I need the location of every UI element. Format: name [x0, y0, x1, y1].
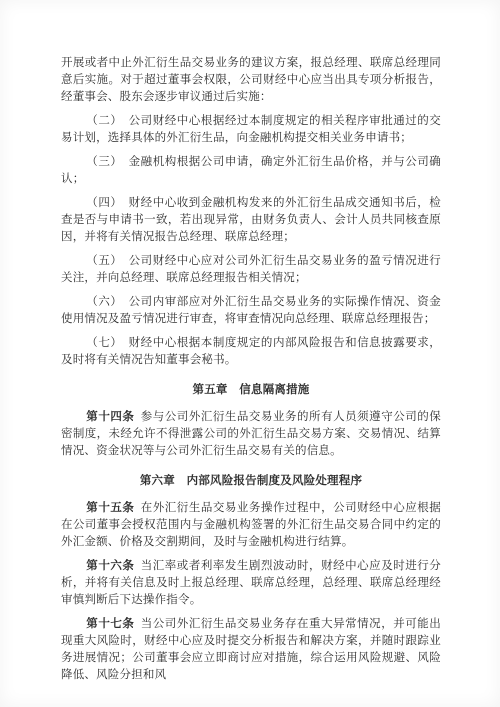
paragraph-text: （二） 公司财经中心根据经过本制度规定的相关程序审批通过的交易计划，选择具体的外… [61, 115, 441, 144]
paragraph-text: （五） 公司财经中心应对公司外汇衍生品交易业务的盈亏情况进行关注，并向总经理、联… [61, 255, 441, 284]
paragraph-continuation: 开展或者中止外汇衍生品交易业务的建议方案，报总经理、联席总经理同意后实施。对于超… [61, 55, 441, 106]
article-number: 第十七条 [86, 618, 134, 630]
chapter-heading-6: 第六章 内部风险报告制度及风险处理程序 [61, 473, 441, 490]
list-item-5: （五） 公司财经中心应对公司外汇衍生品交易业务的盈亏情况进行关注，并向总经理、联… [61, 253, 441, 287]
paragraph-text: （三） 金融机构根据公司申请，确定外汇衍生品价格，并与公司确认； [61, 156, 441, 185]
list-item-4: （四） 财经中心收到金融机构发来的外汇衍生品成交通知书后，检查是否与申请书一致，… [61, 195, 441, 246]
paragraph-text: （四） 财经中心收到金融机构发来的外汇衍生品成交通知书后，检查是否与申请书一致，… [61, 197, 441, 243]
document-page: 开展或者中止外汇衍生品交易业务的建议方案，报总经理、联席总经理同意后实施。对于超… [0, 0, 500, 707]
paragraph-text: （七） 财经中心根据本制度规定的内部风险报告和信息披露要求，及时将有关情况告知董… [61, 337, 441, 366]
chapter-heading-5: 第五章 信息隔离措施 [61, 382, 441, 399]
list-item-7: （七） 财经中心根据本制度规定的内部风险报告和信息披露要求，及时将有关情况告知董… [61, 335, 441, 369]
article-paragraph-15: 第十五条在外汇衍生品交易业务操作过程中，公司财经中心应根据在公司董事会授权范围内… [61, 500, 441, 551]
article-paragraph-17: 第十七条当公司外汇衍生品交易业务存在重大异常情况，并可能出现重大风险时，财经中心… [61, 616, 441, 684]
paragraph-text: （六） 公司内审部应对外汇衍生品交易业务的实际操作情况、资金使用情况及盈亏情况进… [61, 296, 441, 325]
paragraph-text: 开展或者中止外汇衍生品交易业务的建议方案，报总经理、联席总经理同意后实施。对于超… [61, 57, 441, 103]
article-paragraph-14: 第十四条参与公司外汇衍生品交易业务的所有人员须遵守公司的保密制度，未经允许不得泄… [61, 409, 441, 460]
article-number: 第十四条 [86, 411, 134, 423]
article-number: 第十六条 [86, 560, 134, 572]
list-item-2: （二） 公司财经中心根据经过本制度规定的相关程序审批通过的交易计划，选择具体的外… [61, 113, 441, 147]
list-item-6: （六） 公司内审部应对外汇衍生品交易业务的实际操作情况、资金使用情况及盈亏情况进… [61, 294, 441, 328]
article-paragraph-16: 第十六条当汇率或者利率发生剧烈波动时，财经中心应及时进行分析，并将有关信息及时上… [61, 558, 441, 609]
list-item-3: （三） 金融机构根据公司申请，确定外汇衍生品价格，并与公司确认； [61, 154, 441, 188]
article-number: 第十五条 [86, 502, 134, 514]
